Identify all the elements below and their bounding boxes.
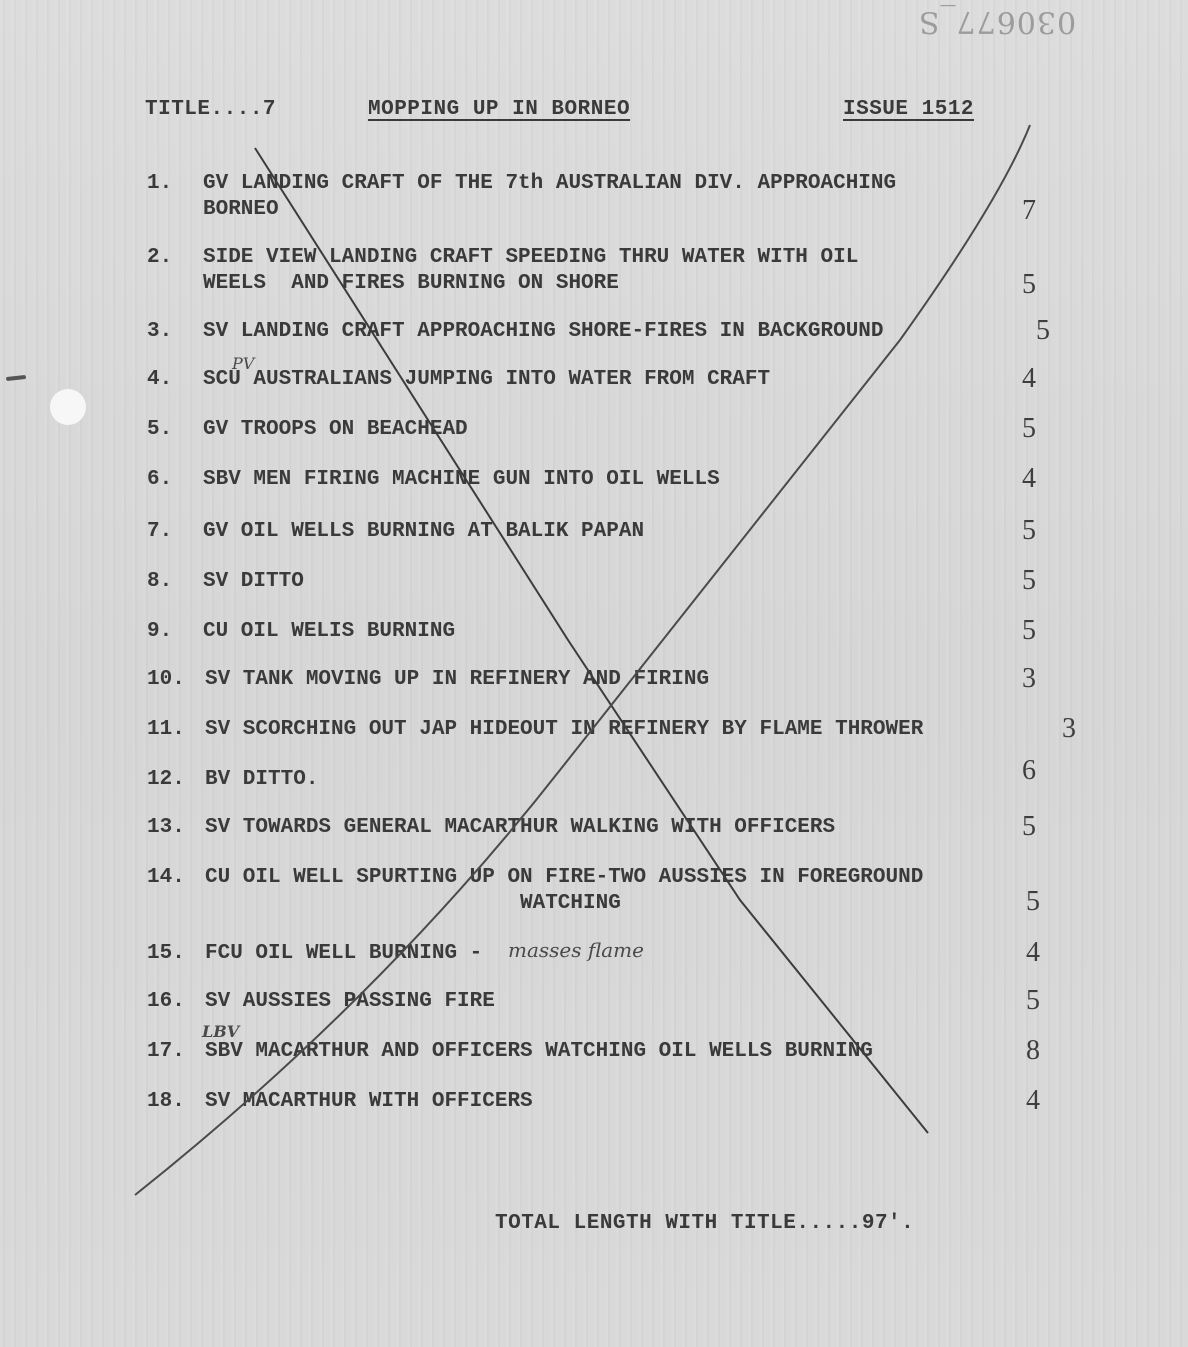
cross-out-mark xyxy=(0,0,1188,1347)
document-page: 030677_S TITLE....7 MOPPING UP IN BORNEO… xyxy=(0,0,1188,1347)
